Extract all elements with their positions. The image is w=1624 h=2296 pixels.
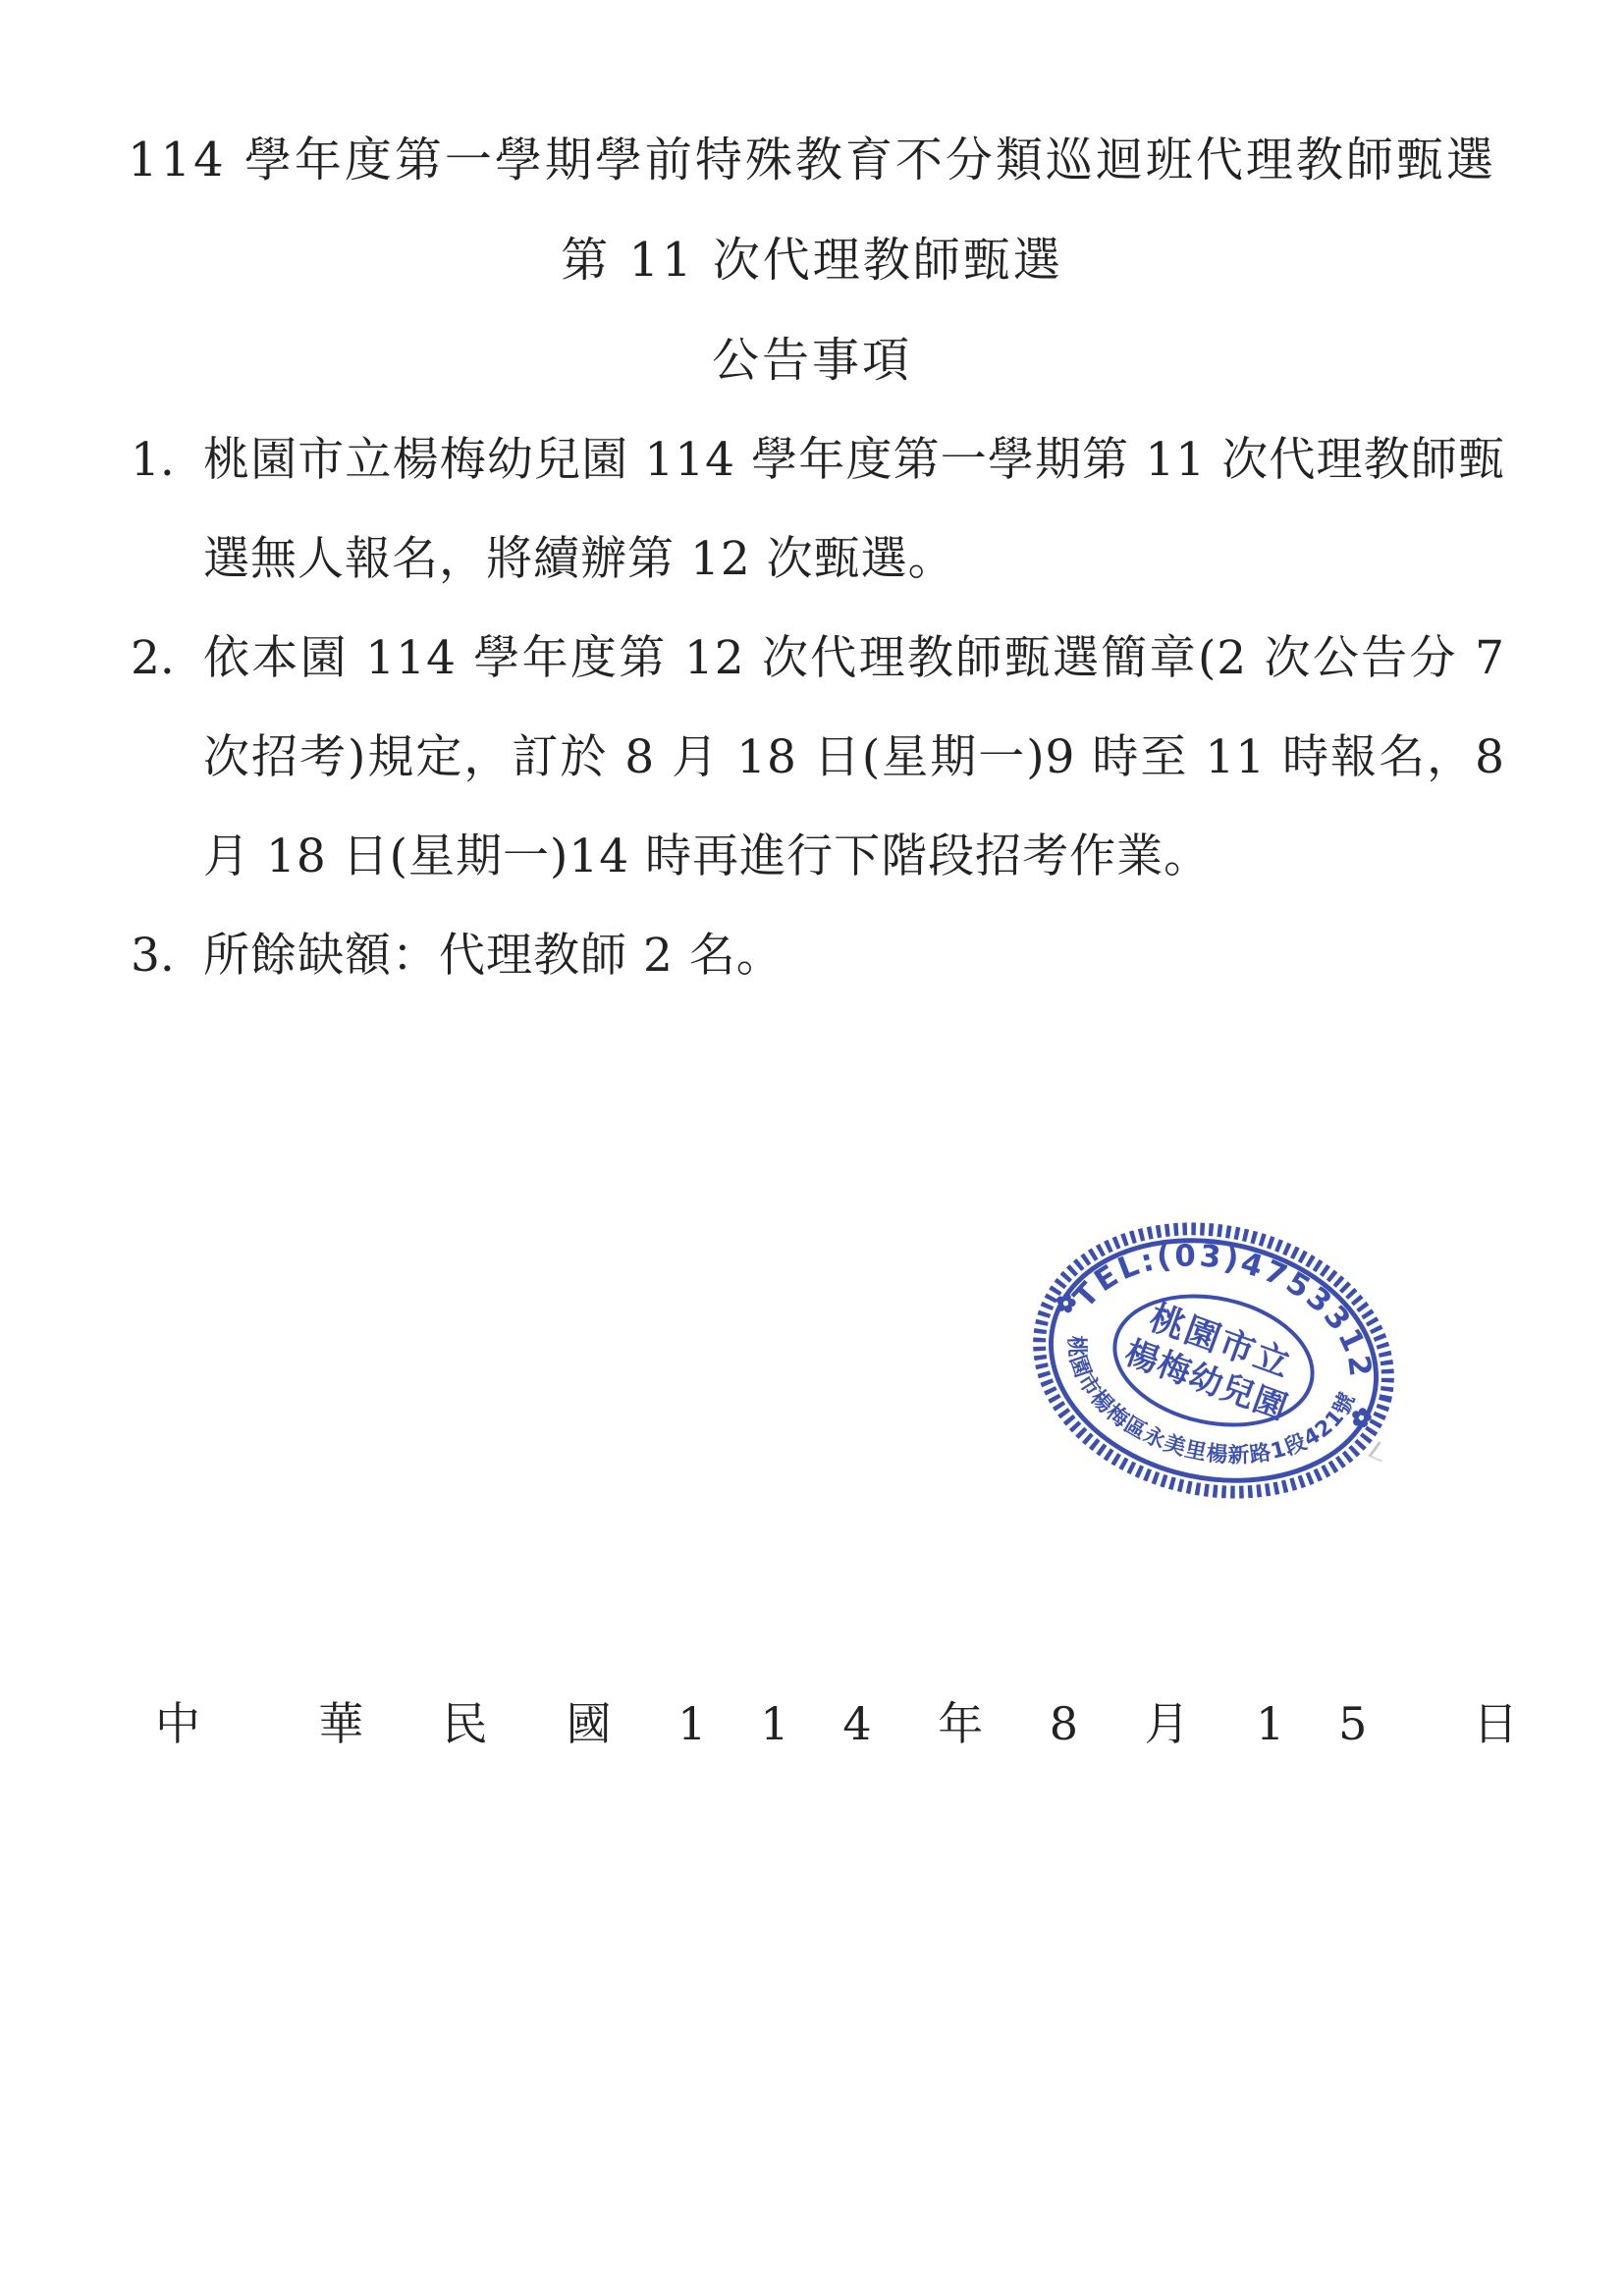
list-item: 1. 桃園市立楊梅幼兒園 114 學年度第一學期第 11 次代理教師甄選無人報名… bbox=[131, 410, 1505, 609]
date-token: 1 bbox=[733, 1675, 816, 1774]
date-token: 中 bbox=[155, 1675, 279, 1774]
list-item: 2. 依本園 114 學年度第 12 次代理教師甄選簡章(2 次公告分 7 次招… bbox=[131, 609, 1505, 906]
item-text: 依本園 114 學年度第 12 次代理教師甄選簡章(2 次公告分 7 次招考)規… bbox=[203, 631, 1505, 883]
list-item: 3. 所餘缺額：代理教師 2 名。 bbox=[131, 906, 1505, 1005]
document-page: 114 學年度第一學期學前特殊教育不分類巡迴班代理教師甄選 第 11 次代理教師… bbox=[0, 0, 1624, 2296]
date-token: 5 bbox=[1312, 1675, 1394, 1774]
announcement-list: 1. 桃園市立楊梅幼兒園 114 學年度第一學期第 11 次代理教師甄選無人報名… bbox=[131, 410, 1505, 1005]
date-token: 華 bbox=[279, 1675, 403, 1774]
date-token: 民 bbox=[403, 1675, 526, 1774]
date-token: 1 bbox=[651, 1675, 733, 1774]
document-header: 114 學年度第一學期學前特殊教育不分類巡迴班代理教師甄選 第 11 次代理教師… bbox=[0, 110, 1624, 410]
official-seal-stamp: TEL:(03)4753312 桃園市楊梅區永美里楊新路1段421號 桃園市立 … bbox=[993, 1176, 1435, 1545]
document-subtitle: 第 11 次代理教師甄選 bbox=[0, 210, 1624, 310]
date-token: 年 bbox=[898, 1675, 1022, 1774]
date-token: 月 bbox=[1105, 1675, 1228, 1774]
seal-graphic: TEL:(03)4753312 桃園市楊梅區永美里楊新路1段421號 桃園市立 … bbox=[993, 1176, 1435, 1545]
date-token: 8 bbox=[1022, 1675, 1105, 1774]
date-token: 國 bbox=[527, 1675, 651, 1774]
item-text: 桃園市立楊梅幼兒園 114 學年度第一學期第 11 次代理教師甄選無人報名，將續… bbox=[203, 433, 1505, 586]
item-text: 所餘缺額：代理教師 2 名。 bbox=[203, 929, 784, 983]
section-heading: 公告事項 bbox=[0, 310, 1624, 410]
date-line: 中 華 民 國 1 1 4 年 8 月 1 5 日 bbox=[155, 1675, 1518, 1774]
date-token: 日 bbox=[1394, 1675, 1518, 1774]
item-number: 1. bbox=[131, 410, 199, 509]
date-token: 4 bbox=[816, 1675, 898, 1774]
item-number: 2. bbox=[131, 609, 199, 708]
document-title: 114 學年度第一學期學前特殊教育不分類巡迴班代理教師甄選 bbox=[0, 110, 1624, 210]
item-number: 3. bbox=[131, 906, 199, 1005]
date-token: 1 bbox=[1229, 1675, 1312, 1774]
